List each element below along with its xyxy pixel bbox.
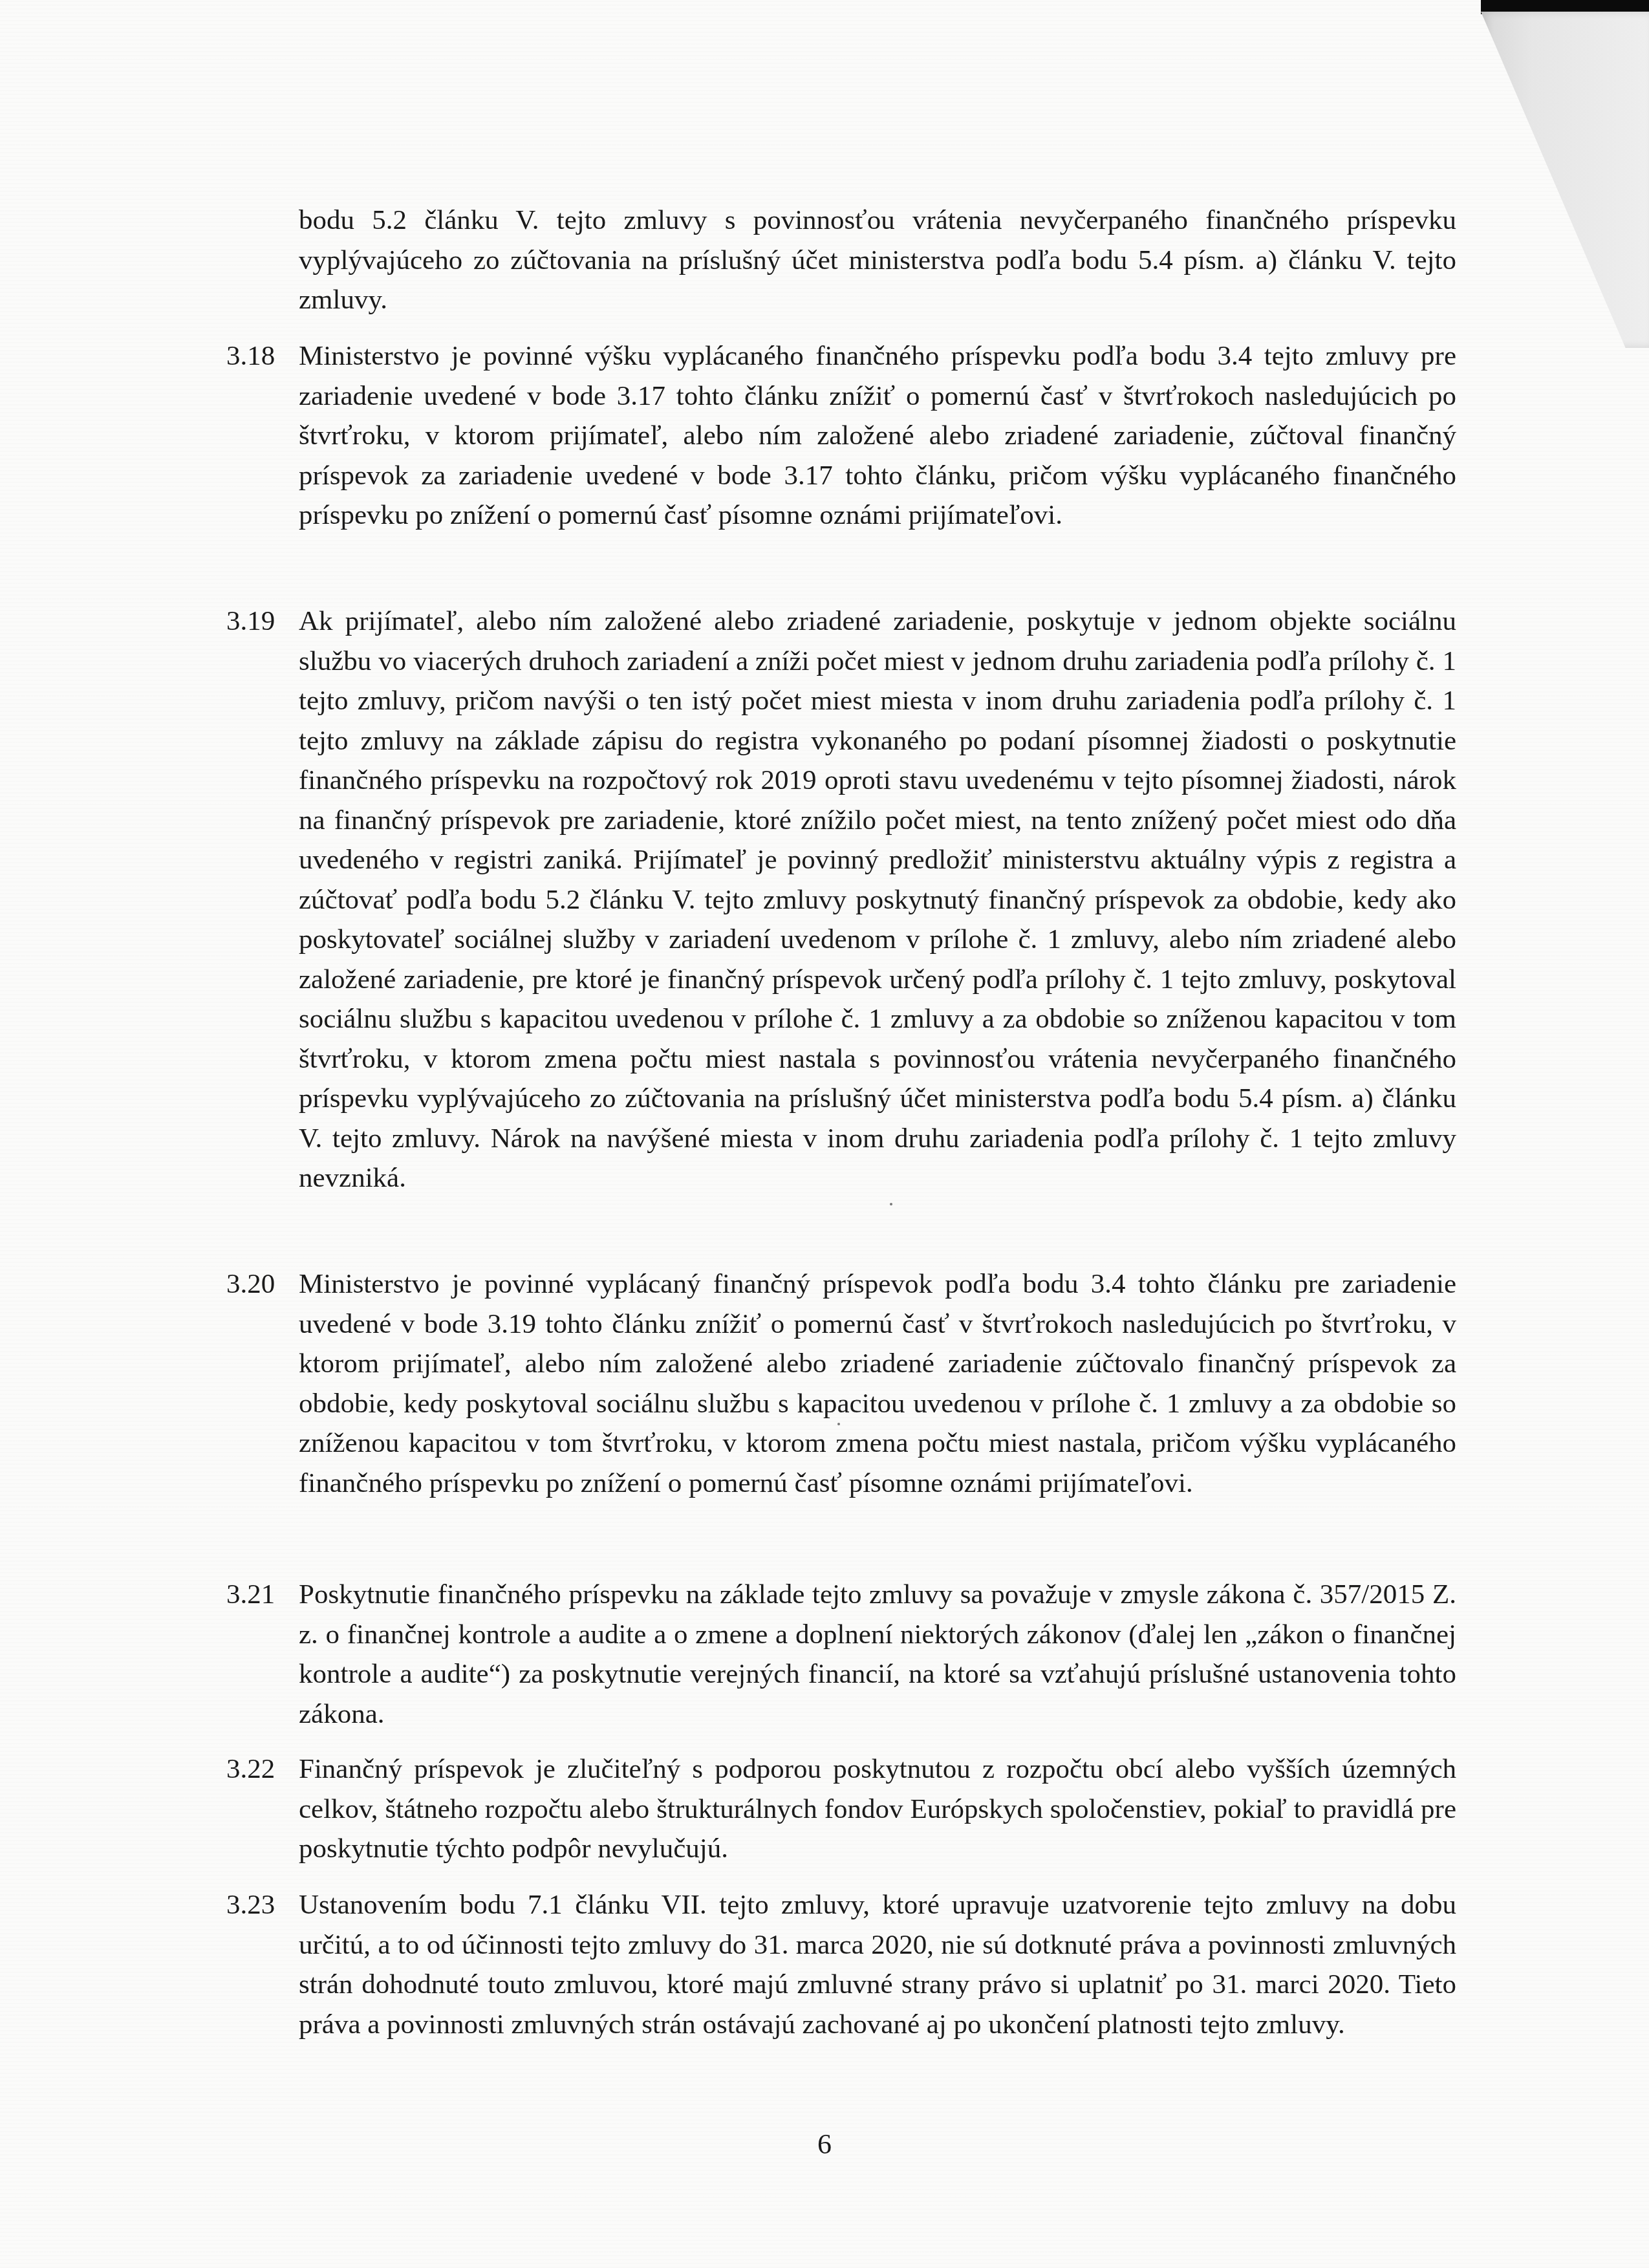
clause-number: 3.20 <box>226 1264 275 1304</box>
clause-text: Ministerstvo je povinné výšku vyplácanéh… <box>299 341 1456 530</box>
clause-number: 3.19 <box>226 601 275 642</box>
clause-3-19: 3.19 Ak prijímateľ, alebo ním založené a… <box>299 601 1456 1198</box>
clause-text: Ministerstvo je povinné vyplácaný finanč… <box>299 1269 1456 1498</box>
document-page: bodu 5.2 článku V. tejto zmluvy s povinn… <box>0 0 1649 2268</box>
clause-text: Poskytnutie finančného príspevku na zákl… <box>299 1579 1456 1729</box>
clause-number: 3.21 <box>226 1575 275 1615</box>
scan-speck <box>890 1203 892 1205</box>
clause-3-21: 3.21 Poskytnutie finančného príspevku na… <box>299 1575 1456 1734</box>
page-number: 6 <box>0 2128 1649 2161</box>
clause-3-23: 3.23 Ustanovením bodu 7.1 článku VII. te… <box>299 1885 1456 2044</box>
clause-text: Finančný príspevok je zlučiteľný s podpo… <box>299 1754 1456 1864</box>
clause-3-22: 3.22 Finančný príspevok je zlučiteľný s … <box>299 1749 1456 1869</box>
clause-number: 3.18 <box>226 336 275 376</box>
clause-text: Ustanovením bodu 7.1 článku VII. tejto z… <box>299 1890 1456 2040</box>
clause-text: Ak prijímateľ, alebo ním založené alebo … <box>299 606 1456 1193</box>
continuation-paragraph: bodu 5.2 článku V. tejto zmluvy s povinn… <box>299 200 1456 320</box>
folded-corner <box>1481 12 1649 348</box>
clause-3-20: 3.20 Ministerstvo je povinné vyplácaný f… <box>299 1264 1456 1503</box>
clause-number: 3.23 <box>226 1885 275 1925</box>
scan-speck <box>837 1423 840 1425</box>
clause-3-18: 3.18 Ministerstvo je povinné výšku vyplá… <box>299 336 1456 535</box>
clause-number: 3.22 <box>226 1749 275 1789</box>
